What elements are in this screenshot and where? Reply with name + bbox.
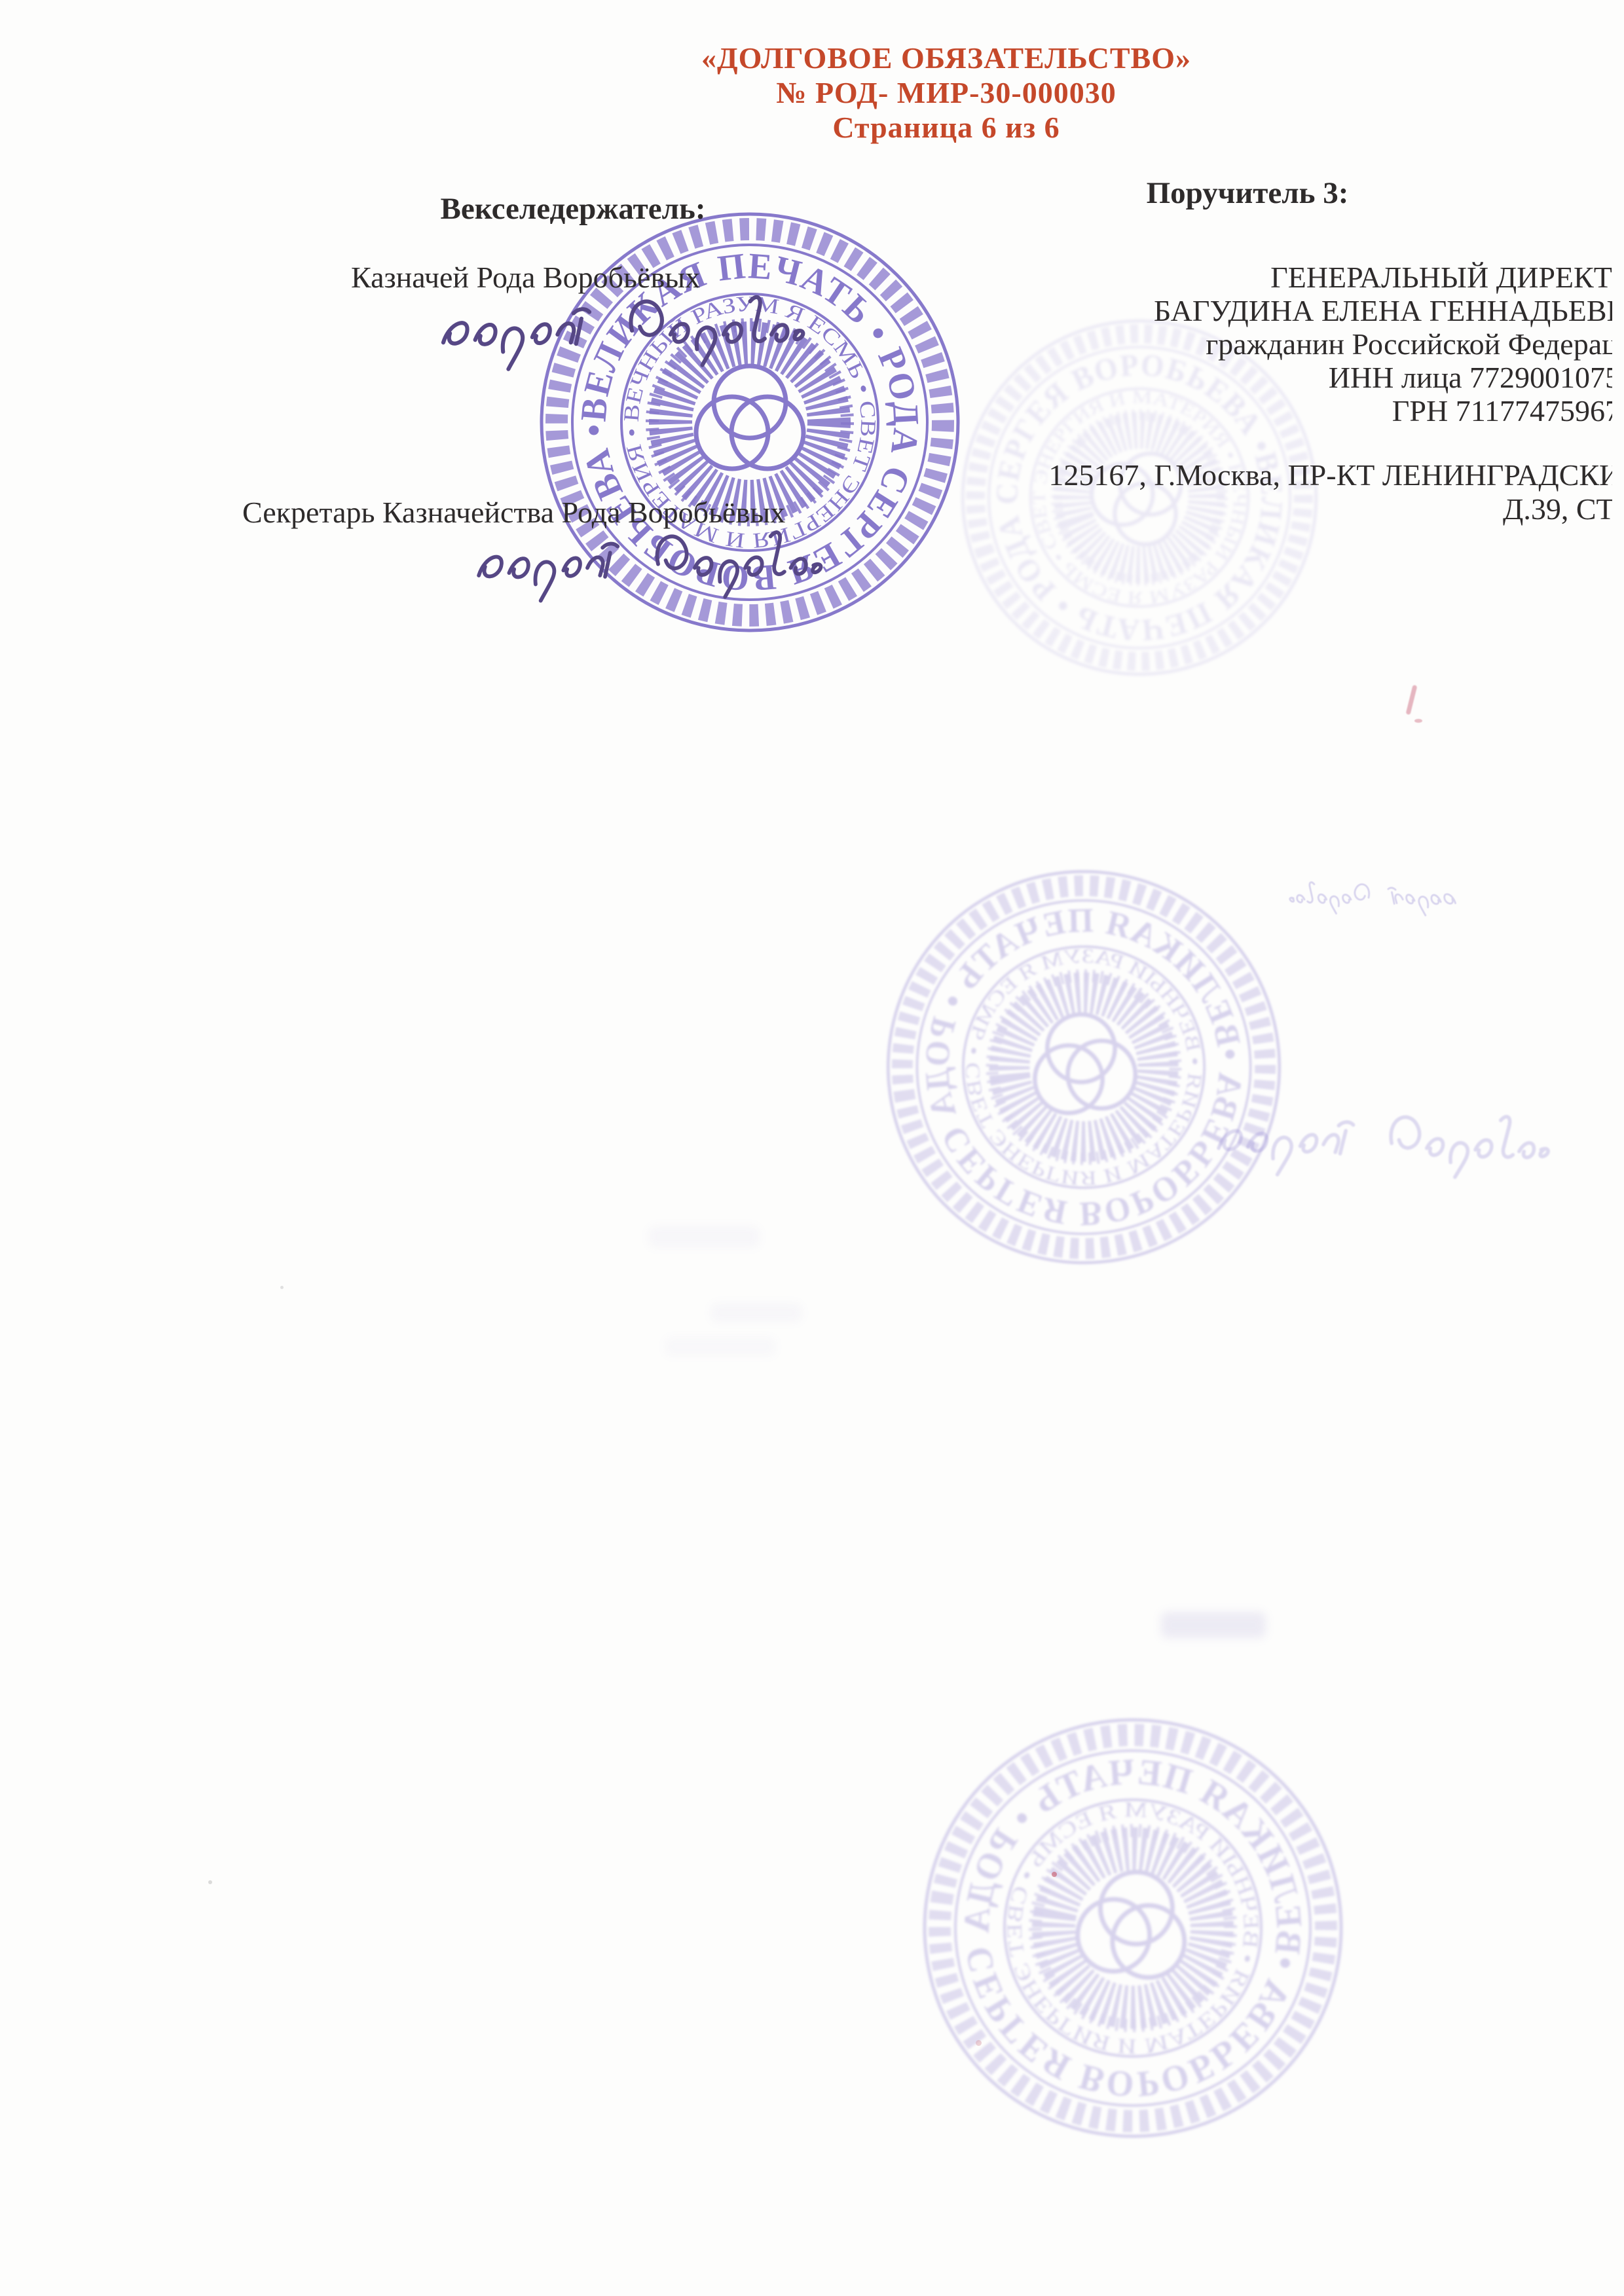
guarantor-address-line: 125167, Г.Москва, ПР-КТ ЛЕНИНГРАДСКИЙ, — [1048, 458, 1612, 492]
left-column-heading: Векселедержатель: — [367, 191, 779, 227]
treasurer-signature — [432, 287, 832, 380]
document-header: «ДОЛГОВОЕ ОБЯЗАТЕЛЬСТВО» № РОД- МИР-30-0… — [658, 41, 1234, 145]
document-number: № РОД- МИР-30-000030 — [658, 75, 1234, 110]
guarantor-citizenship-line: гражданин Российской Федерации — [1206, 327, 1612, 361]
guarantor-title-line: ГЕНЕРАЛЬНЫЙ ДИРЕКТОР — [1270, 260, 1612, 295]
scanned-document-page: ВЕЛИКАЯ ПЕЧАТЬ • РОДА СЕРГЕЯ ВОРОБЬЕВА •… — [0, 0, 1624, 2296]
page-indicator: Страница 6 из 6 — [658, 110, 1234, 145]
right-column-heading: Поручитель 3: — [1107, 175, 1388, 211]
document-title: «ДОЛГОВОЕ ОБЯЗАТЕЛЬСТВО» — [658, 41, 1234, 75]
guarantor-inn-line: ИНН лица 772900107508 — [1329, 360, 1612, 395]
guarantor-name-line: БАГУДИНА ЕЛЕНА ГЕННАДЬЕВНА — [1154, 293, 1612, 328]
guarantor-grn-line: ГРН 7117747596707 — [1392, 393, 1612, 428]
secretary-signature — [468, 522, 848, 611]
guarantor-building-line: Д.39, СТР.1 — [1503, 492, 1612, 526]
